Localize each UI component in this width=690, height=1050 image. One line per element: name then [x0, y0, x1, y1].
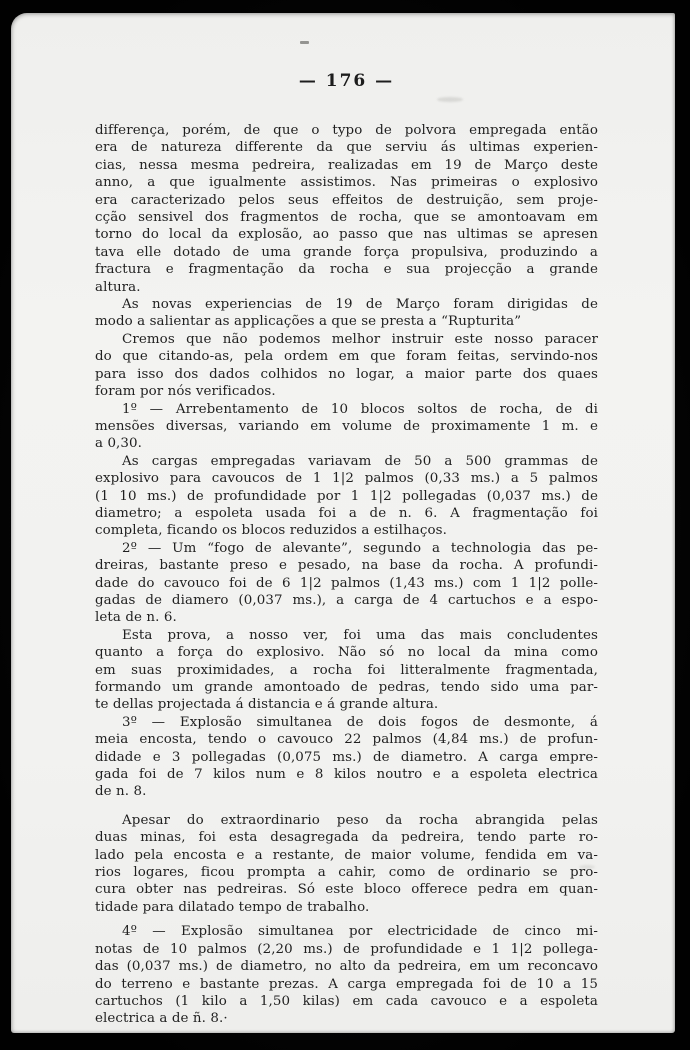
text-line: gadas de diamero (0,037 ms.), a carga de…	[95, 592, 598, 609]
text-line: te dellas projectada á distancia e á gra…	[95, 696, 598, 713]
text-line: rios logares, ficou prompta a cahir, com…	[95, 864, 598, 881]
text-line: das (0,037 ms.) de diametro, no alto da …	[95, 958, 598, 975]
text-line: cção sensivel dos fragmentos de rocha, q…	[95, 209, 598, 226]
text-line: cura obter nas pedreiras. Só este bloco …	[95, 881, 598, 898]
text-line: didade e 3 pollegadas (0,075 ms.) de dia…	[95, 749, 598, 766]
text-line: altura.	[95, 279, 598, 296]
text-line: do terreno e bastante prezas. A carga em…	[95, 976, 598, 993]
text-line: lado pela encosta e a restante, de maior…	[95, 847, 598, 864]
text-line: era de natureza differente da que serviu…	[95, 139, 598, 156]
text-line: dreiras, bastante preso e pesado, na bas…	[95, 557, 598, 574]
text-line: cias, nessa mesma pedreira, realizadas e…	[95, 157, 598, 174]
page-number: — 176 —	[95, 71, 598, 91]
text-line: Cremos que não podemos melhor instruir e…	[95, 331, 598, 348]
text-line: cartuchos (1 kilo a 1,50 kilas) em cada …	[95, 993, 598, 1010]
paragraph: 2º — Um “fogo de alevante”, segundo a te…	[95, 540, 598, 627]
paragraph: As novas experiencias de 19 de Março for…	[95, 296, 598, 331]
text-line: a 0,30.	[95, 435, 598, 452]
text-line: diametro; a espoleta usada foi a de n. 6…	[95, 505, 598, 522]
text-line: torno do local da explosão, ao passo que…	[95, 226, 598, 243]
paragraph: 1º — Arrebentamento de 10 blocos soltos …	[95, 401, 598, 453]
text-line: do que citando-as, pela ordem em que for…	[95, 348, 598, 365]
body-text: differença, porém, de que o typo de polv…	[95, 122, 598, 1028]
text-line: de n. 8.	[95, 783, 598, 800]
text-line: electrica a de ñ. 8.·	[95, 1010, 598, 1027]
paragraph: 3º — Explosão simultanea de dois fogos d…	[95, 714, 598, 801]
text-line: 4º — Explosão simultanea por electricida…	[95, 923, 598, 940]
text-line: mensões diversas, variando em volume de …	[95, 418, 598, 435]
text-line: foram por nós verificados.	[95, 383, 598, 400]
paragraph: 4º — Explosão simultanea por electricida…	[95, 923, 598, 1027]
text-line: As novas experiencias de 19 de Março for…	[95, 296, 598, 313]
paragraph: As cargas empregadas variavam de 50 a 50…	[95, 453, 598, 540]
text-line: tidade para dilatado tempo de trabalho.	[95, 899, 598, 916]
text-line: tava elle dotado de uma grande força pro…	[95, 244, 598, 261]
paragraph: Cremos que não podemos melhor instruir e…	[95, 331, 598, 401]
text-line: quanto a força do explosivo. Não só no l…	[95, 644, 598, 661]
text-line: meia encosta, tendo o cavouco 22 palmos …	[95, 731, 598, 748]
text-line: 3º — Explosão simultanea de dois fogos d…	[95, 714, 598, 731]
text-line: modo a salientar as applicações a que se…	[95, 313, 598, 330]
text-line: fractura e fragmentação da rocha e sua p…	[95, 261, 598, 278]
paragraph: Esta prova, a nosso ver, foi uma das mai…	[95, 627, 598, 714]
paragraph: differença, porém, de que o typo de polv…	[95, 122, 598, 296]
text-line: leta de n. 6.	[95, 609, 598, 626]
text-line: duas minas, foi esta desagregada da pedr…	[95, 829, 598, 846]
text-line: para isso dos dados colhidos no logar, a…	[95, 366, 598, 383]
scan-speck	[300, 41, 309, 44]
text-line: 2º — Um “fogo de alevante”, segundo a te…	[95, 540, 598, 557]
text-line: Apesar do extraordinario peso da rocha a…	[95, 812, 598, 829]
text-line: explosivo para cavoucos de 1 1|2 palmos …	[95, 470, 598, 487]
paragraph: Apesar do extraordinario peso da rocha a…	[95, 812, 598, 916]
text-line: Esta prova, a nosso ver, foi uma das mai…	[95, 627, 598, 644]
text-line: completa, ficando os blocos reduzidos a …	[95, 522, 598, 539]
text-line: em suas proximidades, a rocha foi litter…	[95, 662, 598, 679]
text-line: As cargas empregadas variavam de 50 a 50…	[95, 453, 598, 470]
text-line: gada foi de 7 kilos num e 8 kilos noutro…	[95, 766, 598, 783]
text-line: 1º — Arrebentamento de 10 blocos soltos …	[95, 401, 598, 418]
scan-smudge	[437, 97, 463, 102]
text-line: differença, porém, de que o typo de polv…	[95, 122, 598, 139]
text-line: (1 10 ms.) de profundidade por 1 1|2 pol…	[95, 488, 598, 505]
text-line: era caracterizado pelos seus effeitos de…	[95, 192, 598, 209]
text-line: anno, a que igualmente assistimos. Nas p…	[95, 174, 598, 191]
text-line: dade do cavouco foi de 6 1|2 palmos (1,4…	[95, 575, 598, 592]
text-line: notas de 10 palmos (2,20 ms.) de profund…	[95, 941, 598, 958]
document-page: — 176 — differença, porém, de que o typo…	[11, 13, 675, 1033]
text-line: formando um grande amontoado de pedras, …	[95, 679, 598, 696]
